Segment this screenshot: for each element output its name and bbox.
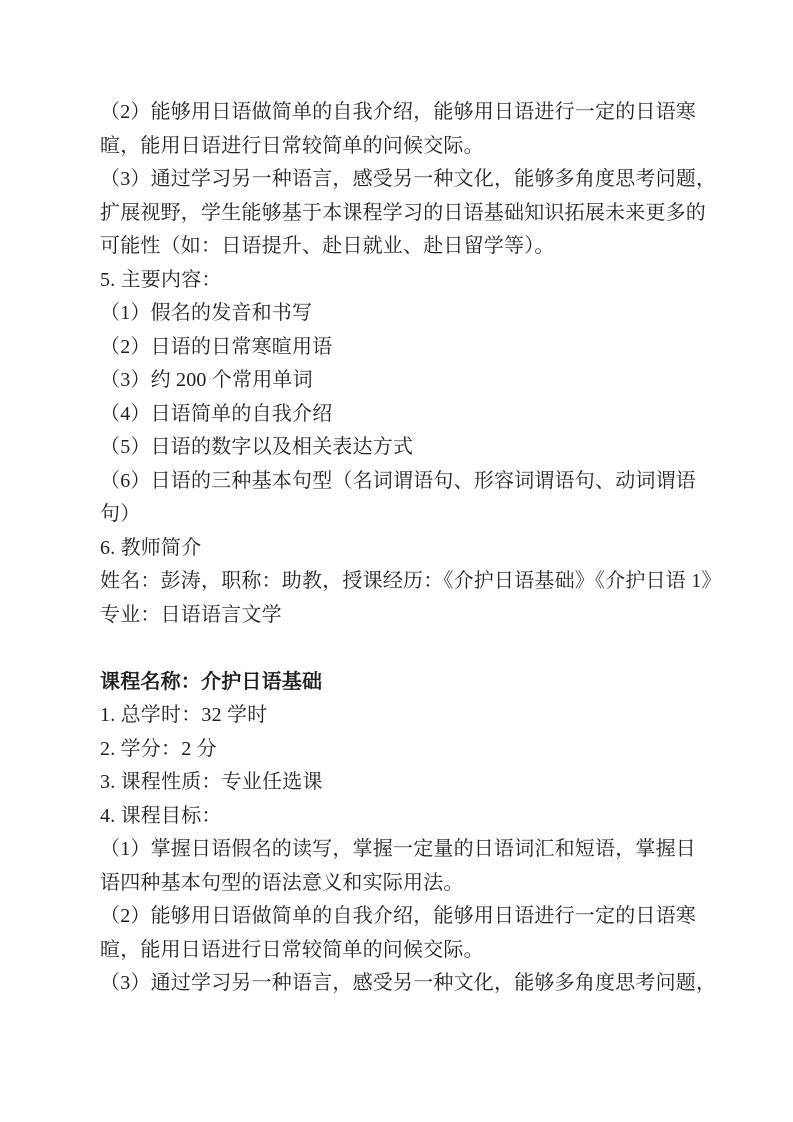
text-line: 语四种基本句型的语法意义和实际用法。 <box>100 867 688 901</box>
text-line: 1. 总学时：32 学时 <box>100 699 688 733</box>
text-line: （3）约 200 个常用单词 <box>100 364 688 398</box>
text-line: 姓名：彭涛，职称：助教，授课经历：《介护日语基础》《介护日语 1》 <box>100 565 688 599</box>
text-line: 6. 教师简介 <box>100 532 688 566</box>
text-line: 专业：日语语言文学 <box>100 599 688 633</box>
text-line: 暄，能用日语进行日常较简单的问候交际。 <box>100 130 688 164</box>
text-line: 句） <box>100 498 688 532</box>
text-line: （4）日语简单的自我介绍 <box>100 398 688 432</box>
text-line: （2）日语的日常寒暄用语 <box>100 331 688 365</box>
text-line: 扩展视野，学生能够基于本课程学习的日语基础知识拓展未来更多的 <box>100 197 688 231</box>
section-heading-line: 课程名称：介护日语基础 <box>100 666 688 700</box>
text-line: （3）通过学习另一种语言，感受另一种文化，能够多角度思考问题， <box>100 163 688 197</box>
text-line: （5）日语的数字以及相关表达方式 <box>100 431 688 465</box>
text-line: 可能性（如：日语提升、赴日就业、赴日留学等）。 <box>100 230 688 264</box>
text-line: （2）能够用日语做简单的自我介绍，能够用日语进行一定的日语寒 <box>100 900 688 934</box>
paragraph-spacer <box>100 632 688 666</box>
text-line: 3. 课程性质：专业任选课 <box>100 766 688 800</box>
document-page: （2）能够用日语做简单的自我介绍，能够用日语进行一定的日语寒暄，能用日语进行日常… <box>0 0 793 1122</box>
text-line: 5. 主要内容： <box>100 264 688 298</box>
text-line: （3）通过学习另一种语言，感受另一种文化，能够多角度思考问题， <box>100 967 688 1001</box>
text-line: （2）能够用日语做简单的自我介绍，能够用日语进行一定的日语寒 <box>100 96 688 130</box>
text-line: 暄，能用日语进行日常较简单的问候交际。 <box>100 934 688 968</box>
text-line: 4. 课程目标： <box>100 800 688 834</box>
text-line: （1）假名的发音和书写 <box>100 297 688 331</box>
text-line: （6）日语的三种基本句型（名词谓语句、形容词谓语句、动词谓语 <box>100 465 688 499</box>
text-line: 2. 学分：2 分 <box>100 733 688 767</box>
text-line: （1）掌握日语假名的读写，掌握一定量的日语词汇和短语，掌握日 <box>100 833 688 867</box>
document-body: （2）能够用日语做简单的自我介绍，能够用日语进行一定的日语寒暄，能用日语进行日常… <box>100 96 688 1001</box>
